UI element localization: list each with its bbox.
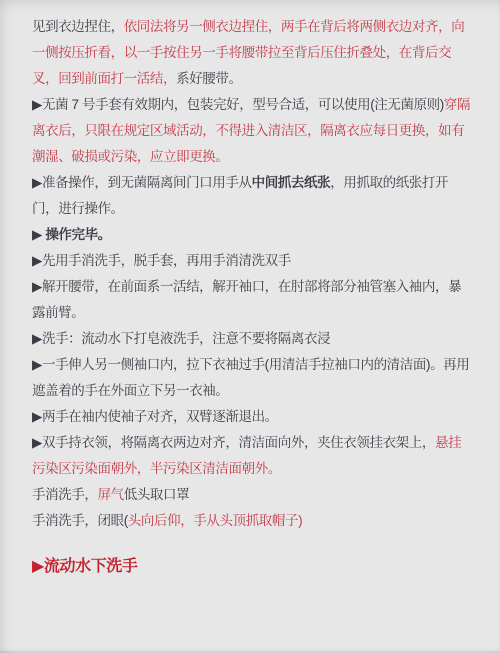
para-wash-under-running-water: ▶流动水下洗手 xyxy=(32,556,472,578)
para-wash-hands-soap: ▶洗手：流动水下打皂液洗手，注意不要将隔离衣浸 xyxy=(32,326,472,352)
text-segment: ▶ 操作完毕。 xyxy=(32,227,111,242)
text-segment: ▶两手在袖内使袖子对齐，双臂逐渐退出。 xyxy=(32,409,278,424)
para-pull-sleeve: ▶一手伸人另一侧袖口内，拉下衣袖过手(用清洁手拉袖口内的清洁面)。再用遮盖着的手… xyxy=(32,352,472,404)
text-segment: ▶准备操作，到无菌隔离间门口用手从 xyxy=(32,175,252,190)
text-segment: 手消洗手，闭眼( xyxy=(32,513,128,528)
text-segment: 见到衣边捏住， xyxy=(32,19,124,34)
document-page: 见到衣边捏住，依同法将另一侧衣边捏住，两手在背后将两侧衣边对齐，向一侧按压折看，… xyxy=(0,0,500,653)
para-remove-mask: 手消洗手，屏气低头取口罩 xyxy=(32,482,472,508)
para-remove-cap: 手消洗手，闭眼(头向后仰，手从头顶抓取帽子) xyxy=(32,508,472,534)
para-untie-waistband: ▶解开腰带，在前面系一活结，解开袖口，在肘部将部分袖管塞入袖内，暴露前臂。 xyxy=(32,274,472,326)
text-segment: 低头取口罩 xyxy=(124,487,190,502)
text-segment: ▶洗手：流动水下打皂液洗手，注意不要将隔离衣浸 xyxy=(32,331,330,346)
para-hand-sanitize-remove-gloves: ▶先用手消洗手，脱手套，再用手消清洗双手 xyxy=(32,248,472,274)
para-prepare-operation: ▶准备操作，到无菌隔离间门口用手从中间抓去纸张，用抓取的纸张打开门，进行操作。 xyxy=(32,170,472,222)
text-segment: ▶无菌 7 号手套有效期内，包装完好，型号合适，可以使用(注无菌原则) xyxy=(32,97,444,112)
text-segment: 手消洗手， xyxy=(32,487,98,502)
text-segment: ▶双手持衣领，将隔离衣两边对齐，清洁面向外，夹住衣领挂衣架上， xyxy=(32,435,435,450)
text-segment: 中间抓去纸张 xyxy=(252,175,331,190)
text-segment: ▶解开腰带，在前面系一活结，解开袖口，在肘部将部分袖管塞入袖内，暴露前臂。 xyxy=(32,279,461,320)
para-hang-gown: ▶双手持衣领，将隔离衣两边对齐，清洁面向外，夹住衣领挂衣架上，悬挂污染区污染面朝… xyxy=(32,430,472,482)
text-segment: ▶先用手消洗手，脱手套，再用手消清洗双手 xyxy=(32,253,291,268)
text-segment: 系好腰带。 xyxy=(176,71,242,86)
para-tie-waistband: 见到衣边捏住，依同法将另一侧衣边捏住，两手在背后将两侧衣边对齐，向一侧按压折看，… xyxy=(32,14,472,92)
para-align-sleeves: ▶两手在袖内使袖子对齐，双臂逐渐退出。 xyxy=(32,404,472,430)
text-segment: 头向后仰，手从头顶抓取帽子) xyxy=(128,513,302,528)
para-operation-complete: ▶ 操作完毕。 xyxy=(32,222,472,248)
text-segment: 屏气 xyxy=(98,487,124,502)
para-sterile-gloves: ▶无菌 7 号手套有效期内，包装完好，型号合适，可以使用(注无菌原则)穿隔离衣后… xyxy=(32,92,472,170)
text-segment: ▶流动水下洗手 xyxy=(32,558,138,575)
document-body: 见到衣边捏住，依同法将另一侧衣边捏住，两手在背后将两侧衣边对齐，向一侧按压折看，… xyxy=(32,14,472,578)
text-segment: ▶一手伸人另一侧袖口内，拉下衣袖过手(用清洁手拉袖口内的清洁面)。再用遮盖着的手… xyxy=(32,357,469,398)
